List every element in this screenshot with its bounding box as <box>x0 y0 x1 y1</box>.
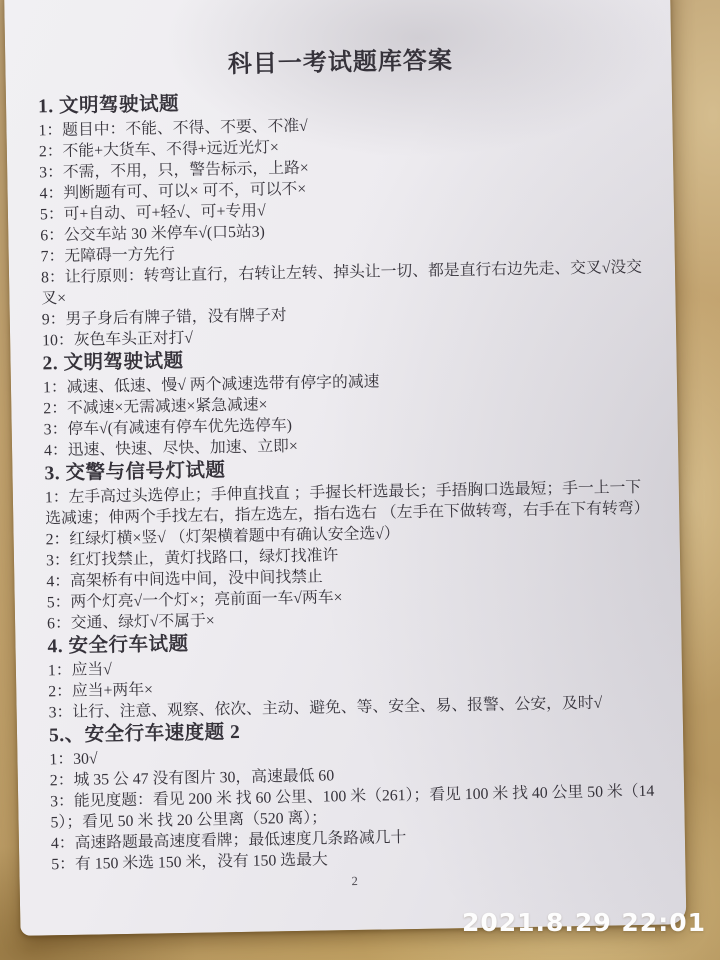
document-title: 科目一考试题库答案 <box>37 37 644 83</box>
document-content: 科目一考试题库答案 1. 文明驾驶试题1：题目中：不能、不得、不要、不准√2：不… <box>37 37 658 894</box>
document-section: 4. 安全行车试题1：应当√2：应当+两年×3：让行、注意、观察、依次、主动、避… <box>47 625 654 724</box>
document-section: 5.、安全行车速度题 21：30√2：城 35 公 47 没有图片 30，高速最… <box>49 714 658 876</box>
sections-container: 1. 文明驾驶试题1：题目中：不能、不得、不要、不准√2：不能+大货车、不得+远… <box>38 85 658 875</box>
paper-sheet: 科目一考试题库答案 1. 文明驾驶试题1：题目中：不能、不得、不要、不准√2：不… <box>4 0 686 936</box>
document-section: 1. 文明驾驶试题1：题目中：不能、不得、不要、不准√2：不能+大货车、不得+远… <box>38 85 648 352</box>
document-section: 2. 文明驾驶试题1：减速、低速、慢√ 两个减速选带有停字的减速2：不减速×无需… <box>42 342 650 462</box>
camera-timestamp-overlay: 2021.8.29 22:01 <box>462 908 706 937</box>
document-section: 3. 交警与信号灯试题1：左手高过头选停止；手伸直找直 ；手握长杆选最长；手捂胸… <box>44 452 653 635</box>
